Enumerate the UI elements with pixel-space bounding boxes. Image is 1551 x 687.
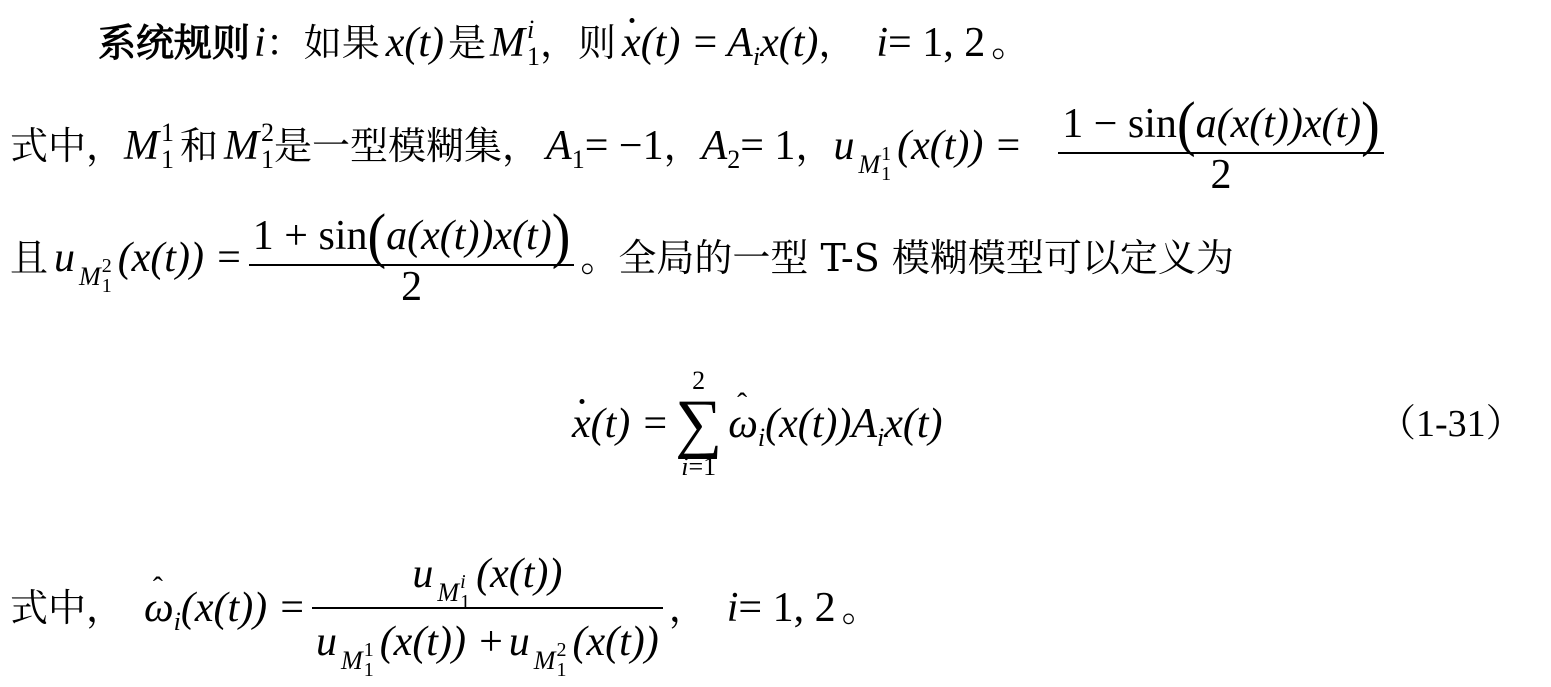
- equation-1-31: x (t) = 2 ∑ i=1 ω i (x(t)) A i x(t): [572, 368, 943, 480]
- A2-sub: 2: [727, 147, 740, 173]
- omega-hat: ω: [728, 403, 758, 445]
- index-var: i: [727, 587, 739, 629]
- fuzzy-set-M1: M: [124, 125, 159, 167]
- model-intro-text: 。全局的一型 T-S 模糊模型可以定义为: [580, 239, 1233, 277]
- summation: 2 ∑ i=1: [675, 368, 722, 479]
- comma: ，: [669, 589, 707, 627]
- membership-u1-sub: M 11: [858, 152, 891, 192]
- right-paren: ): [552, 205, 571, 267]
- derivative-rest: (t) =: [641, 22, 719, 64]
- where-text: 式中，: [10, 127, 124, 165]
- is-text: 是: [448, 24, 486, 62]
- period: 。: [991, 24, 1029, 62]
- comma: ，: [664, 127, 702, 165]
- eq-A-sub: i: [877, 425, 884, 451]
- equation-number: （1-31）: [1378, 402, 1524, 446]
- omega-arg: (x(t)) =: [181, 587, 306, 629]
- normalized-weight-fraction: u Mi1 (x(t)) u M11 (x(t)) + u M21 (x(t)): [312, 541, 663, 675]
- rule-label: 系统规则: [98, 24, 250, 62]
- then-text: ，则: [540, 24, 616, 62]
- eq-A: A: [851, 403, 877, 445]
- rule-statement-line: 系统规则 i ：如果 x(t) 是 M i 1 ，则 x (t) = A i x…: [98, 18, 1029, 68]
- fuzzy-set-desc: 是一型模糊集，: [274, 127, 540, 165]
- eq-tail: x(t): [884, 403, 942, 445]
- A1-value: = −1: [585, 125, 664, 167]
- second-membership-line: 且 u M 21 (x(t)) = 1 + sin ( a(x(t))x(t) …: [10, 208, 1234, 308]
- omega-hat: ω: [144, 587, 174, 629]
- normalized-weight-line: 式中， ω i (x(t)) = u Mi1 (x(t)) u M11 (x(t…: [10, 538, 880, 678]
- A2-value: = 1: [740, 125, 795, 167]
- fuzzy-set-indices: i 1: [527, 16, 540, 71]
- membership-u1-fraction: 1 − sin ( a(x(t))x(t) ) 2: [1058, 96, 1384, 196]
- rule-rhs: x(t): [760, 22, 818, 64]
- sum-lower-val: =1: [688, 452, 716, 481]
- eq-lhs-rest: (t) =: [591, 403, 669, 445]
- omega-arg: (x(t)): [765, 403, 851, 445]
- and-also-text: 且: [10, 239, 48, 277]
- definitions-line: 式中， M 1 1 和 M 2 1 是一型模糊集， A 1 = −1 ， A 2…: [10, 96, 1390, 196]
- membership-u2: u: [54, 237, 75, 279]
- A1: A: [546, 125, 572, 167]
- fuzzy-set-M2: M: [224, 125, 259, 167]
- omega-sub: i: [758, 425, 765, 451]
- fuzzy-set-M1-indices: 1 1: [161, 119, 174, 174]
- state-var: x(t): [386, 22, 444, 64]
- membership-u1: u: [833, 125, 854, 167]
- membership-u1-arg: (x(t)) =: [897, 125, 1022, 167]
- membership-u2-fraction: 1 + sin ( a(x(t))x(t) ) 2: [249, 208, 575, 308]
- sigma-icon: ∑: [675, 394, 722, 453]
- and-text: 和: [180, 127, 218, 165]
- fuzzy-set-M2-indices: 2 1: [261, 119, 274, 174]
- index-values: = 1, 2: [888, 22, 985, 64]
- right-paren: ): [1361, 93, 1380, 155]
- A1-sub: 1: [572, 147, 585, 173]
- matrix-A: A: [727, 22, 753, 64]
- eq-lhs-xdot: x: [572, 403, 591, 445]
- index-var: i: [876, 22, 888, 64]
- matrix-A-sub: i: [753, 44, 760, 70]
- fuzzy-set-M: M: [490, 22, 525, 64]
- membership-u2-arg: (x(t)) =: [118, 237, 243, 279]
- membership-u2-sub: M 21: [79, 264, 112, 304]
- state-derivative: x: [622, 22, 641, 64]
- left-paren: (: [1177, 93, 1196, 155]
- period: 。: [842, 589, 880, 627]
- comma: ，: [818, 24, 856, 62]
- index-values: = 1, 2: [738, 587, 835, 629]
- where-text: 式中，: [10, 589, 124, 627]
- rule-index-var: i: [254, 22, 266, 64]
- left-paren: (: [368, 205, 387, 267]
- comma: ，: [795, 127, 833, 165]
- if-text: ：如果: [266, 24, 380, 62]
- omega-sub: i: [174, 609, 181, 635]
- A2: A: [702, 125, 728, 167]
